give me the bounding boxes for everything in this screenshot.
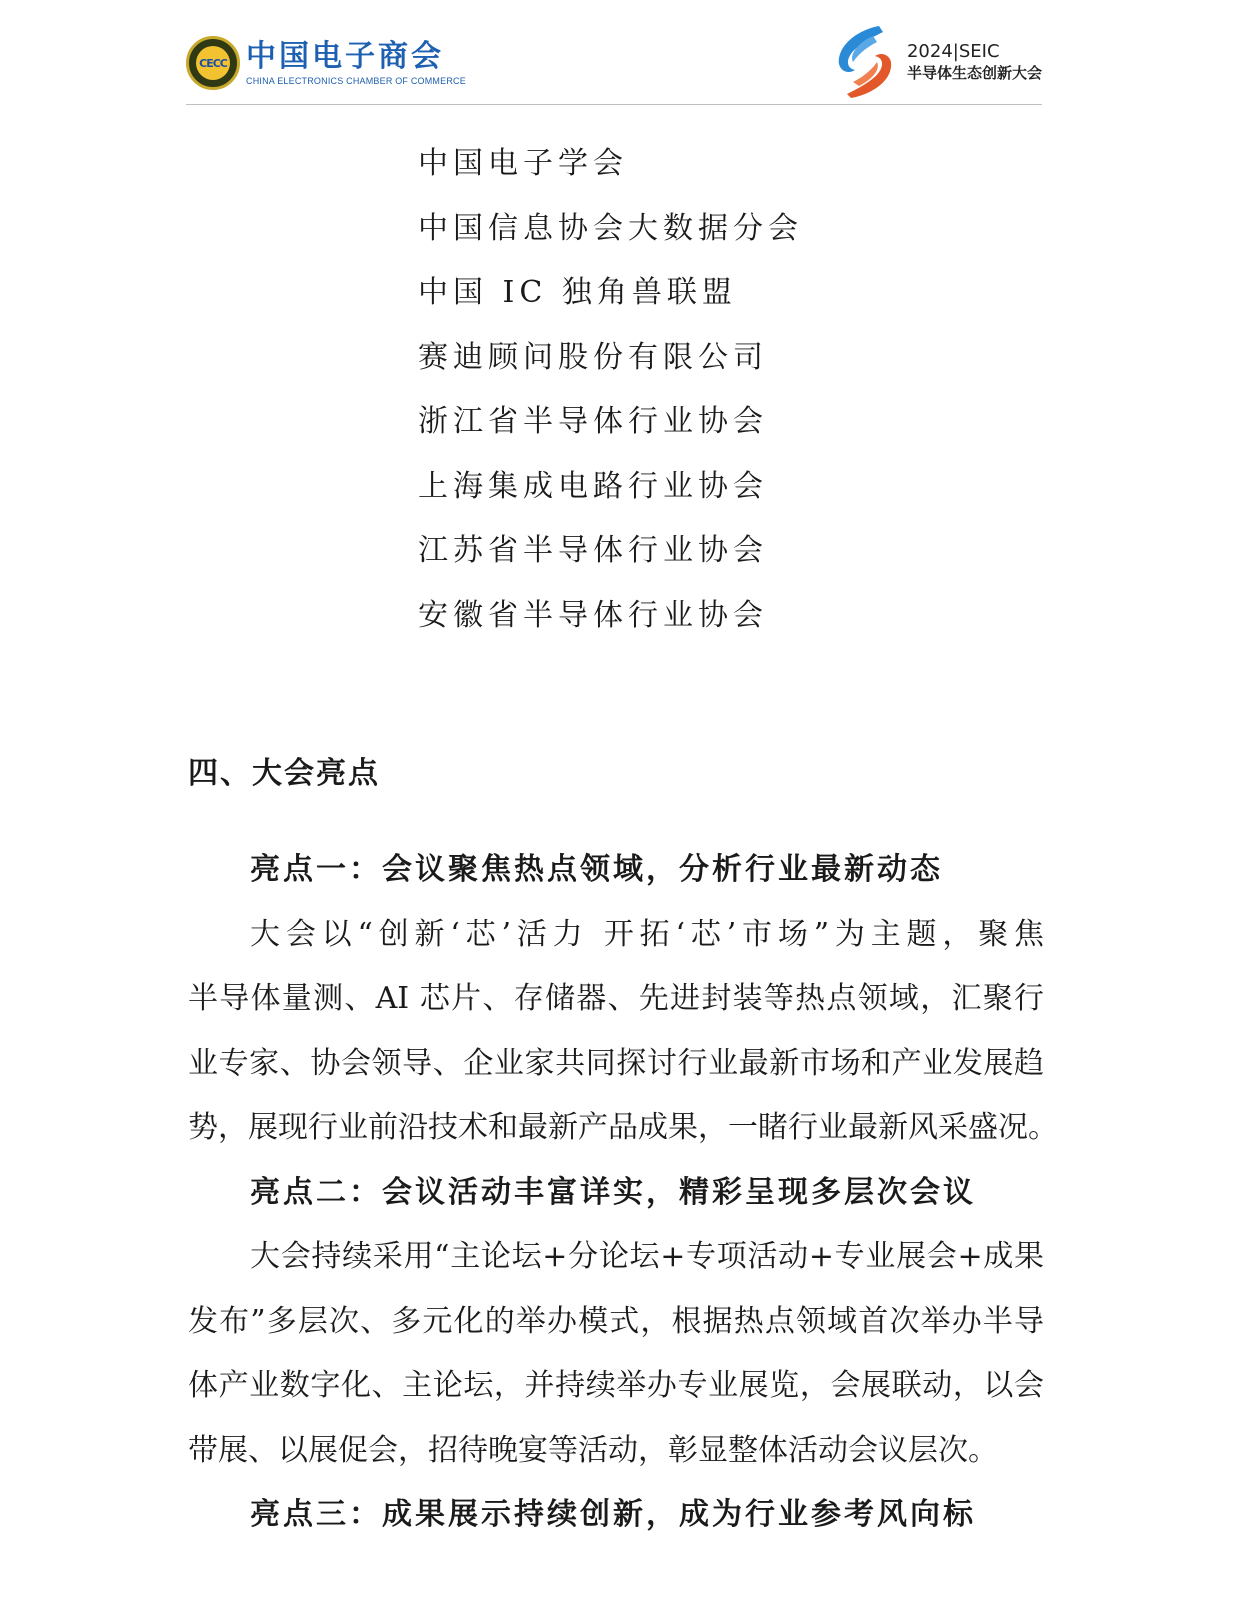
cecc-logo: CECC 中国电子商会 CHINA ELECTRONICS CHAMBER OF… [186,36,466,90]
seic-logo: 2024|SEIC 半导体生态创新大会 [829,20,1042,104]
organization-item: 赛迪顾问股份有限公司 [418,326,803,391]
paragraph-line: 带展、以展促会，招待晚宴等活动，彰显整体活动会议层次。 [188,1419,1044,1484]
organization-item: 安徽省半导体行业协会 [418,584,803,649]
seic-year-label: 2024|SEIC [907,41,1042,63]
highlights-body: 亮点一：会议聚焦热点领域，分析行业最新动态 大会以“创新‘芯’活力 开拓‘芯’市… [188,838,1044,1548]
highlight-heading: 亮点二：会议活动丰富详实，精彩呈现多层次会议 [188,1161,1044,1226]
header-divider [186,104,1042,105]
organization-item: 中国 IC 独角兽联盟 [418,261,803,326]
page-header: CECC 中国电子商会 CHINA ELECTRONICS CHAMBER OF… [186,20,1042,104]
organization-item: 中国电子学会 [418,132,803,197]
cecc-emblem-icon: CECC [186,36,240,90]
seic-name-cn: 半导体生态创新大会 [907,63,1042,83]
paragraph-line: 大会以“创新‘芯’活力 开拓‘芯’市场”为主题，聚焦 [188,903,1044,968]
seic-swirl-icon [829,20,899,104]
paragraph-line: 发布”多层次、多元化的举办模式，根据热点领域首次举办半导 [188,1290,1044,1355]
paragraph-line: 大会持续采用“主论坛+分论坛+专项活动+专业展会+成果 [188,1225,1044,1290]
section-title: 四、大会亮点 [188,748,380,792]
organization-item: 江苏省半导体行业协会 [418,519,803,584]
paragraph-line: 半导体量测、AI 芯片、存储器、先进封装等热点领域，汇聚行 [188,967,1044,1032]
paragraph-line: 体产业数字化、主论坛，并持续举办专业展览，会展联动，以会 [188,1354,1044,1419]
organizations-list: 中国电子学会 中国信息协会大数据分会 中国 IC 独角兽联盟 赛迪顾问股份有限公… [418,132,803,648]
cecc-name-cn: 中国电子商会 [246,40,466,74]
cecc-name-en: CHINA ELECTRONICS CHAMBER OF COMMERCE [246,76,466,86]
organization-item: 中国信息协会大数据分会 [418,197,803,262]
organization-item: 上海集成电路行业协会 [418,455,803,520]
paragraph-line: 势，展现行业前沿技术和最新产品成果，一睹行业最新风采盛况。 [188,1096,1044,1161]
paragraph-line: 业专家、协会领导、企业家共同探讨行业最新市场和产业发展趋 [188,1032,1044,1097]
highlight-heading: 亮点三：成果展示持续创新，成为行业参考风向标 [188,1483,1044,1548]
organization-item: 浙江省半导体行业协会 [418,390,803,455]
cecc-emblem-text: CECC [196,46,230,80]
highlight-heading: 亮点一：会议聚焦热点领域，分析行业最新动态 [188,838,1044,903]
